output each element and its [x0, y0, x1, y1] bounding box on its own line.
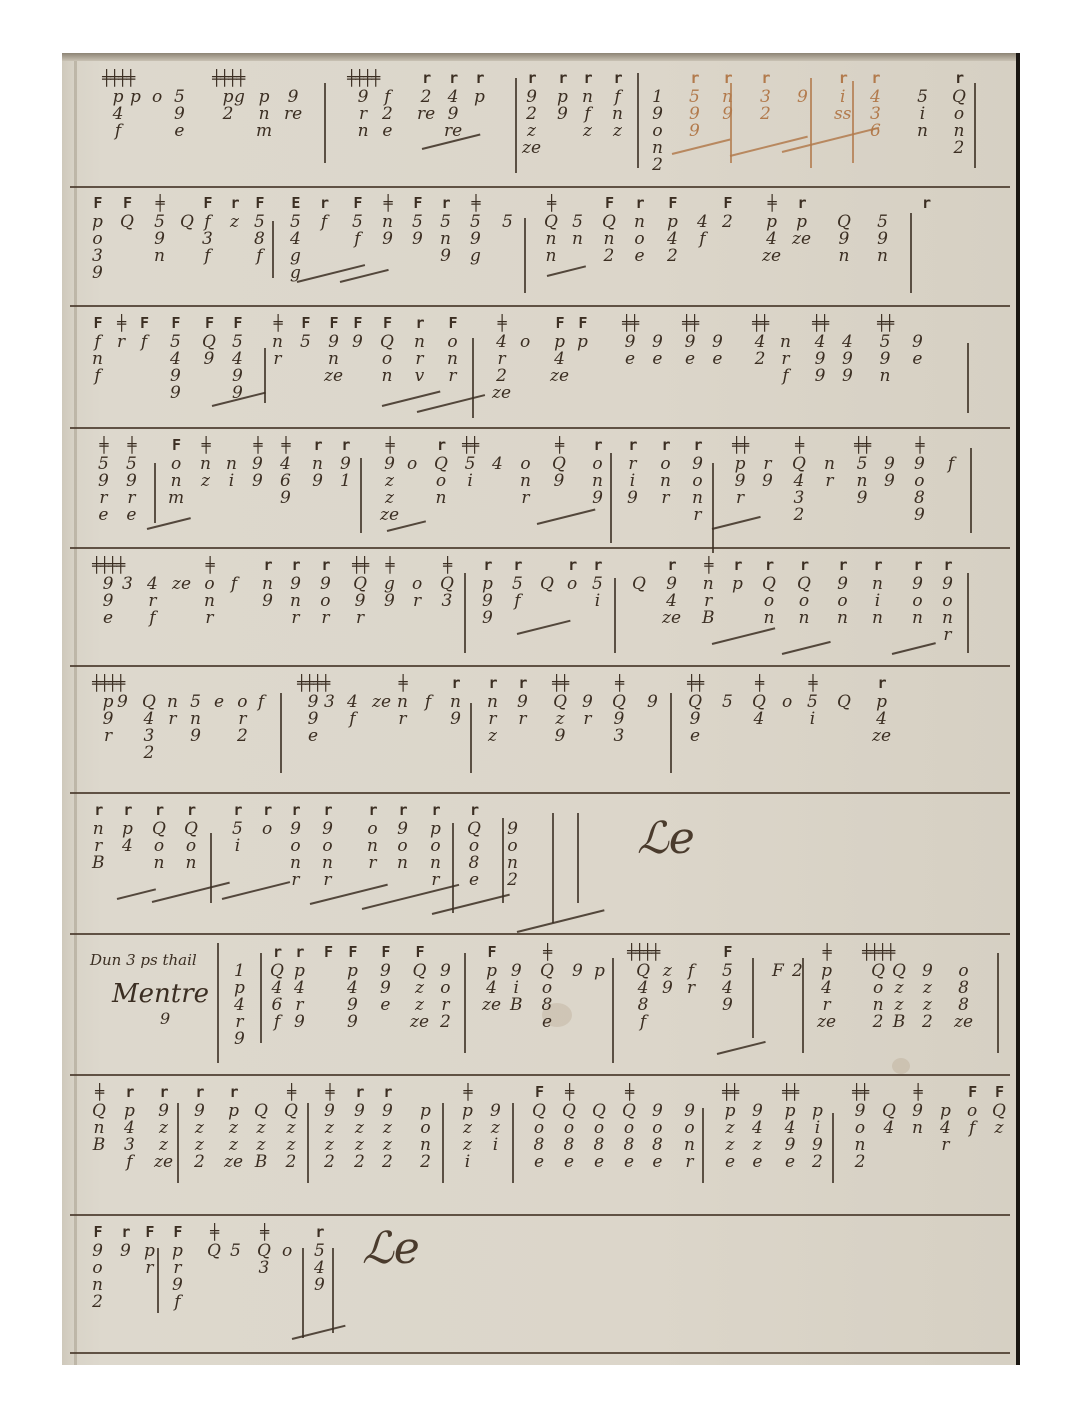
tablature-letter: 2: [755, 351, 766, 368]
rhythm-flag: [878, 192, 886, 214]
tablature-letter: 9: [572, 963, 583, 980]
bar-line: [470, 703, 472, 773]
tablature-letter: 9: [234, 1031, 245, 1048]
bar-line: [332, 1248, 334, 1333]
rhythm-flag: ╪: [99, 434, 107, 456]
tablature-letter: 2: [873, 1014, 884, 1031]
tablature-chord: rnrv: [414, 312, 425, 385]
tablature-chord: ╪onr: [204, 554, 215, 627]
tablature-letter: e: [469, 872, 479, 889]
system-rule: [70, 305, 1010, 307]
tablature-letter: 2: [760, 106, 771, 123]
rhythm-flag: ╪: [253, 434, 261, 456]
rhythm-flag: r: [635, 192, 643, 214]
rhythm-flag: [424, 672, 432, 694]
tablature-letter: 9: [262, 593, 273, 610]
rhythm-flag: [153, 67, 161, 89]
tablature-chord: 5in: [917, 67, 928, 140]
tablature-chord: Fp42: [667, 192, 678, 265]
tablature-letter: f: [141, 334, 147, 351]
rhythm-flag: ╪: [471, 192, 479, 214]
piece-title-block: Dun 3 ps thail Mentre 9: [90, 951, 209, 1028]
tablature-chord: r549: [314, 1221, 325, 1294]
tablature-letter: r: [413, 593, 421, 610]
tablature-chord: ╪Q: [207, 1221, 221, 1260]
system-rule: [70, 933, 1010, 935]
tablature-letter: e: [564, 1154, 574, 1171]
rhythm-flag: r: [488, 672, 496, 694]
tablature-chord: ╪╪9e: [682, 312, 698, 368]
bar-line: [577, 813, 579, 903]
tablature-chord: o: [520, 312, 530, 351]
tablature-letter: 9: [647, 694, 658, 711]
system-rule: [70, 1214, 1010, 1216]
tablature-chord: nrf: [780, 312, 791, 385]
tablature-chord: 9: [117, 672, 128, 711]
rhythm-flag: ╪: [625, 1081, 633, 1103]
rhythm-flag: [260, 67, 268, 89]
rhythm-flag: ╪╪: [732, 434, 748, 456]
tablature-letter: f: [354, 231, 360, 248]
tablature-letter: r: [104, 728, 112, 745]
tablature-letter: re: [444, 123, 462, 140]
tablature-letter: o: [407, 456, 417, 473]
rhythm-flag: [168, 672, 176, 694]
tablature-chord: z9: [662, 941, 673, 997]
tablature-letter: r: [323, 872, 331, 889]
system-rule: [70, 1352, 1010, 1354]
rhythm-flag: [723, 672, 731, 694]
tablature-letter: g: [290, 265, 301, 282]
tablature-letter: 2: [604, 248, 615, 265]
tablature-chord: 59e: [174, 67, 185, 140]
tie-slash: [672, 139, 731, 155]
rhythm-flag: r: [155, 799, 163, 821]
tablature-chord: ╪╪╪╪9rn: [347, 67, 379, 140]
tablature-chord: r32: [760, 67, 771, 123]
tablature-letter: 9: [352, 334, 363, 351]
tablature-letter: B: [92, 855, 105, 872]
tablature-chord: ╪p4ze: [762, 192, 781, 265]
tablature-letter: n: [397, 855, 408, 872]
piece-title: Mentre: [112, 979, 209, 1009]
bar-line: [472, 338, 474, 418]
rhythm-flag: F: [205, 312, 213, 334]
tablature-chord: 9onr: [684, 1081, 695, 1171]
tablature-letter: B: [255, 1154, 268, 1171]
tablature-chord: 9zz2: [922, 941, 933, 1031]
tablature-letter: 9: [347, 1014, 358, 1031]
tablature-letter: 9: [627, 490, 638, 507]
rhythm-flag: [183, 192, 191, 214]
rhythm-flag: ╪╪╪╪: [862, 941, 894, 963]
tablature-letter: n: [880, 368, 891, 385]
tablature-letter: 2: [954, 140, 965, 157]
fin-flourish: ℒe: [637, 813, 695, 864]
rhythm-flag: r: [568, 554, 576, 576]
tie-slash: [152, 882, 230, 903]
bar-line: [302, 1248, 304, 1338]
tablature-letter: 9: [884, 473, 895, 490]
tablature-chord: QzzB: [892, 941, 906, 1031]
tablature-chord: ╪╪42: [752, 312, 768, 368]
rhythm-flag: [503, 192, 511, 214]
tablature-letter: f: [969, 1120, 975, 1137]
rhythm-flag: [441, 941, 449, 963]
tablature-chord: ╪p4rze: [817, 941, 836, 1031]
tablature-chord: FQz: [992, 1081, 1006, 1137]
tablature-letter: 6: [870, 123, 881, 140]
tablature-chord: r49re: [444, 67, 462, 140]
tablature-chord: r9zzze: [154, 1081, 173, 1171]
tablature-letter: 2: [792, 963, 803, 980]
tablature-letter: n: [572, 231, 583, 248]
tablature-letter: i: [493, 1137, 498, 1154]
rhythm-flag: ╪: [325, 1081, 333, 1103]
tablature-chord: ╪g9: [384, 554, 395, 610]
tablature-chord: Fp499: [347, 941, 358, 1031]
tablature-letter: n: [381, 368, 392, 385]
tablature-letter: re: [284, 106, 302, 123]
tablature-letter: f: [258, 694, 264, 711]
rhythm-flag: [348, 672, 356, 694]
tablature-chord: rpzzze: [224, 1081, 243, 1171]
rhythm-flag: [713, 312, 721, 334]
tablature-letter: 2: [507, 872, 518, 889]
tablature-chord: ╪Qnn: [544, 192, 558, 265]
rhythm-flag: F: [203, 192, 211, 214]
tablature-chord: Fp: [577, 312, 588, 351]
rhythm-flag: ╪╪: [552, 672, 568, 694]
rhythm-flag: [793, 941, 801, 963]
tablature-chord: r9nr: [290, 554, 301, 627]
manuscript-page: ╪╪╪╪p4f p o 59e╪╪╪╪p2 g pnm 9re╪╪╪╪9rn f…: [62, 53, 1018, 1365]
tablature-chord: pi92: [812, 1081, 823, 1171]
tablature-chord: ╪nr: [272, 312, 283, 368]
tablature-letter: 9: [482, 610, 493, 627]
tablature-chord: rnfz: [582, 67, 593, 140]
tablature-letter: e: [634, 248, 644, 265]
tablature-letter: e: [752, 1154, 762, 1171]
tablature-chord: r: [922, 192, 930, 214]
bar-line: [360, 458, 362, 533]
tablature-chord: rQon: [184, 799, 198, 872]
tablature-chord: Fp4ze: [482, 941, 501, 1014]
rhythm-flag: r: [383, 1081, 391, 1103]
tablature-letter: n: [185, 855, 196, 872]
tablature-chord: rn9: [722, 67, 733, 123]
tablature-chord: rp: [474, 67, 485, 106]
tablature-letter: Q: [632, 576, 646, 593]
rhythm-flag: [573, 941, 581, 963]
rhythm-flag: [378, 672, 386, 694]
tablature-chord: ron9: [592, 434, 603, 507]
rhythm-flag: F: [93, 1221, 101, 1243]
tablature-chord: rp99: [482, 554, 493, 627]
tablature-letter: ze: [380, 507, 399, 524]
tablature-letter: 3: [442, 593, 453, 610]
tablature-chord: rp4ze: [872, 672, 891, 745]
rhythm-flag: r: [437, 434, 445, 456]
rhythm-flag: [885, 434, 893, 456]
bar-line: [967, 343, 969, 413]
tablature-letter: 9: [384, 593, 395, 610]
tablature-chord: rp43f: [124, 1081, 135, 1171]
tablature-chord: ╪59re: [98, 434, 109, 524]
tablature-chord: E54gg: [290, 192, 301, 282]
tablature-chord: r9zz2: [382, 1081, 393, 1171]
rhythm-flag: ╪: [127, 434, 135, 456]
tablature-letter: e: [652, 1154, 662, 1171]
rhythm-flag: [191, 672, 199, 694]
tablature-chord: rf: [320, 192, 328, 231]
rhythm-flag: [521, 312, 529, 334]
tablature-chord: F2: [722, 192, 733, 231]
tablature-letter: n: [798, 610, 809, 627]
bar-line: [974, 83, 976, 168]
rhythm-flag: [781, 312, 789, 334]
rhythm-flag: r: [693, 434, 701, 456]
tablature-letter: v: [415, 368, 425, 385]
tablature-letter: 5: [722, 694, 733, 711]
tablature-chord: ╪n9: [382, 192, 393, 248]
rhythm-flag: ╪: [281, 434, 289, 456]
tablature-letter: z: [994, 1120, 1003, 1137]
tablature-letter: e: [685, 351, 695, 368]
tablature-letter: n: [763, 610, 774, 627]
system-rule: [70, 547, 1010, 549]
rhythm-flag: [698, 192, 706, 214]
bar-line: [832, 1113, 834, 1183]
tablature-chord: r9or: [320, 554, 331, 627]
tablature-letter: ze: [492, 385, 511, 402]
rhythm-flag: ╪: [386, 434, 394, 456]
tablature-chord: Fonr: [447, 312, 458, 385]
tablature-letter: r: [687, 980, 695, 997]
tablature-chord: 4f: [697, 192, 708, 248]
tablature-chord: FQzzze: [410, 941, 429, 1031]
rhythm-flag: [813, 1081, 821, 1103]
tablature-chord: ze: [372, 672, 391, 711]
rhythm-flag: r: [690, 67, 698, 89]
rhythm-flag: r: [368, 799, 376, 821]
tablature-letter: o: [520, 334, 530, 351]
tablature-chord: f: [257, 672, 265, 711]
bar-line: [154, 463, 156, 523]
tie-slash: [547, 265, 586, 277]
tablature-letter: r: [693, 507, 701, 524]
tablature-letter: r: [736, 490, 744, 507]
rhythm-flag: [774, 941, 782, 963]
tablature-letter: p: [474, 89, 485, 106]
rhythm-flag: [231, 1221, 239, 1243]
tablature-chord: Fp4ze: [550, 312, 569, 385]
tablature-chord: F5f: [352, 192, 363, 248]
tablature-chord: r9onr: [290, 799, 301, 889]
tablature-chord: r9zz2: [194, 1081, 205, 1171]
tablature-chord: ╪Q3: [257, 1221, 271, 1277]
tablature-chord: ╪nrB: [702, 554, 715, 627]
tablature-letter: 2: [237, 728, 248, 745]
rhythm-flag: ╪╪: [352, 554, 368, 576]
rhythm-flag: r: [125, 1081, 133, 1103]
rhythm-flag: F: [301, 312, 309, 334]
tablature-letter: 5: [502, 214, 513, 231]
tablature-chord: or: [412, 554, 422, 610]
paper-stain: [892, 1058, 910, 1074]
rhythm-flag: [653, 67, 661, 89]
rhythm-flag: r: [593, 554, 601, 576]
tablature-letter: 9: [450, 711, 461, 728]
tablature-chord: ╪nr: [397, 672, 408, 728]
tablature-chord: rQon: [762, 554, 776, 627]
tablature-letter: B: [510, 997, 523, 1014]
tablature-chord: p4r: [940, 1081, 951, 1154]
tablature-chord: 5n9: [190, 672, 201, 745]
tablature-letter: e: [594, 1154, 604, 1171]
rhythm-flag: [131, 67, 139, 89]
tablature-letter: f: [699, 231, 705, 248]
rhythm-flag: r: [291, 799, 299, 821]
tablature-chord: ╪Qzz2: [284, 1081, 298, 1171]
rhythm-flag: [421, 1081, 429, 1103]
rhythm-flag: r: [233, 799, 241, 821]
tablature-letter: B: [702, 610, 715, 627]
rhythm-flag: [941, 1081, 949, 1103]
tablature-chord: F549: [722, 941, 733, 1014]
rhythm-flag: ╪╪╪╪: [347, 67, 379, 89]
tablature-letter: n: [838, 248, 849, 265]
rhythm-flag: r: [761, 67, 769, 89]
rhythm-flag: r: [94, 799, 102, 821]
bar-line: [464, 953, 466, 1053]
system-rule: [70, 665, 1010, 667]
tablature-chord: rnrB: [92, 799, 105, 872]
tablature-chord: riss: [834, 67, 851, 123]
tablature-letter: 1: [340, 473, 351, 490]
tablature-letter: p: [732, 576, 743, 593]
system-rule: [70, 427, 1010, 429]
rhythm-flag: r: [765, 554, 773, 576]
rhythm-flag: [687, 941, 695, 963]
tie-slash: [717, 1041, 766, 1055]
tablature-letter: 9: [312, 473, 323, 490]
bar-line: [997, 953, 999, 1053]
rhythm-flag: F: [968, 1081, 976, 1103]
tablature-chord: rnoe: [634, 192, 645, 265]
tablature-letter: z: [488, 728, 497, 745]
tablature-letter: n: [545, 248, 556, 265]
tablature-letter: 4: [884, 1120, 895, 1137]
rhythm-flag: r: [263, 554, 271, 576]
tablature-letter: i: [595, 593, 600, 610]
tablature-chord: 9e: [912, 312, 923, 368]
rhythm-flag: [843, 312, 851, 334]
tablature-letter: e: [912, 351, 922, 368]
tablature-chord: g: [234, 67, 245, 106]
tablature-chord: 5n: [572, 192, 583, 248]
tablature-chord: rponr: [430, 799, 441, 889]
tablature-chord: ╪Q3: [440, 554, 454, 610]
tablature-chord: 9o8e: [652, 1081, 663, 1171]
tablature-letter: 9: [815, 368, 826, 385]
tablature-letter: 4: [492, 456, 503, 473]
tablature-chord: ╪╪5i: [462, 434, 478, 490]
tablature-letter: 9: [280, 490, 291, 507]
tie-slash: [382, 391, 441, 407]
tablature-chord: rn9: [312, 434, 323, 490]
tablature-letter: Q: [207, 1243, 221, 1260]
rhythm-flag: [413, 554, 421, 576]
tablature-letter: f: [149, 610, 155, 627]
tablature-letter: o: [262, 821, 272, 838]
rhythm-flag: r: [422, 67, 430, 89]
tablature-letter: r: [205, 610, 213, 627]
rhythm-flag: [383, 67, 391, 89]
tablature-letter: e: [624, 1154, 634, 1171]
rhythm-flag: r: [315, 1221, 323, 1243]
tablature-letter: 2: [324, 1154, 335, 1171]
rhythm-flag: [918, 67, 926, 89]
tablature-letter: r: [273, 351, 281, 368]
tablature-chord: r9zz2: [354, 1081, 365, 1171]
tablature-chord: fr: [687, 941, 695, 997]
tablature-chord: pon2: [420, 1081, 431, 1171]
rhythm-flag: ╪: [913, 1081, 921, 1103]
tablature-chord: ╪9o89: [914, 434, 925, 524]
rhythm-flag: r: [321, 554, 329, 576]
tablature-chord: Fpo39: [92, 192, 103, 282]
rhythm-flag: F: [383, 312, 391, 334]
rhythm-flag: ╪: [755, 672, 763, 694]
tablature-chord: r9: [120, 1221, 131, 1260]
tablature-letter: f: [174, 1294, 180, 1311]
tablature-chord: rfnz: [612, 67, 623, 140]
rhythm-flag: [408, 434, 416, 456]
tablature-chord: FQo8e: [532, 1081, 546, 1171]
tablature-letter: 9: [689, 123, 700, 140]
tablature-chord: 9or2: [440, 941, 451, 1031]
tablature-letter: p: [130, 89, 141, 106]
tablature-letter: F: [772, 963, 784, 980]
rhythm-flag: ╪: [443, 554, 451, 576]
tablature-letter: 9: [857, 490, 868, 507]
rhythm-flag: F: [723, 941, 731, 963]
tablature-letter: f: [94, 368, 100, 385]
rhythm-flag: ╪╪: [852, 1081, 868, 1103]
tablature-letter: 9: [554, 473, 565, 490]
tablature-chord: o: [782, 672, 792, 711]
tablature-chord: F: [772, 941, 784, 980]
rhythm-flag: ╪: [915, 434, 923, 456]
tablature-chord: ╪╪╪╪Q48f: [627, 941, 659, 1031]
rhythm-flag: [491, 1081, 499, 1103]
bar-line: [910, 213, 912, 293]
rhythm-flag: ╪╪: [877, 312, 893, 334]
tablature-chord: Fpr: [144, 1221, 155, 1277]
rhythm-flag: [123, 554, 131, 576]
rhythm-flag: [235, 67, 243, 89]
tablature-chord: r5n9: [440, 192, 451, 265]
bar-line: [810, 78, 812, 168]
rhythm-flag: ╪╪: [782, 1081, 798, 1103]
tablature-letter: r: [145, 1260, 153, 1277]
tablature-letter: 3: [122, 576, 133, 593]
tablature-chord: 99: [884, 434, 895, 490]
rhythm-flag: [753, 1081, 761, 1103]
rhythm-flag: r: [431, 799, 439, 821]
tablature-letter: o: [282, 1243, 292, 1260]
